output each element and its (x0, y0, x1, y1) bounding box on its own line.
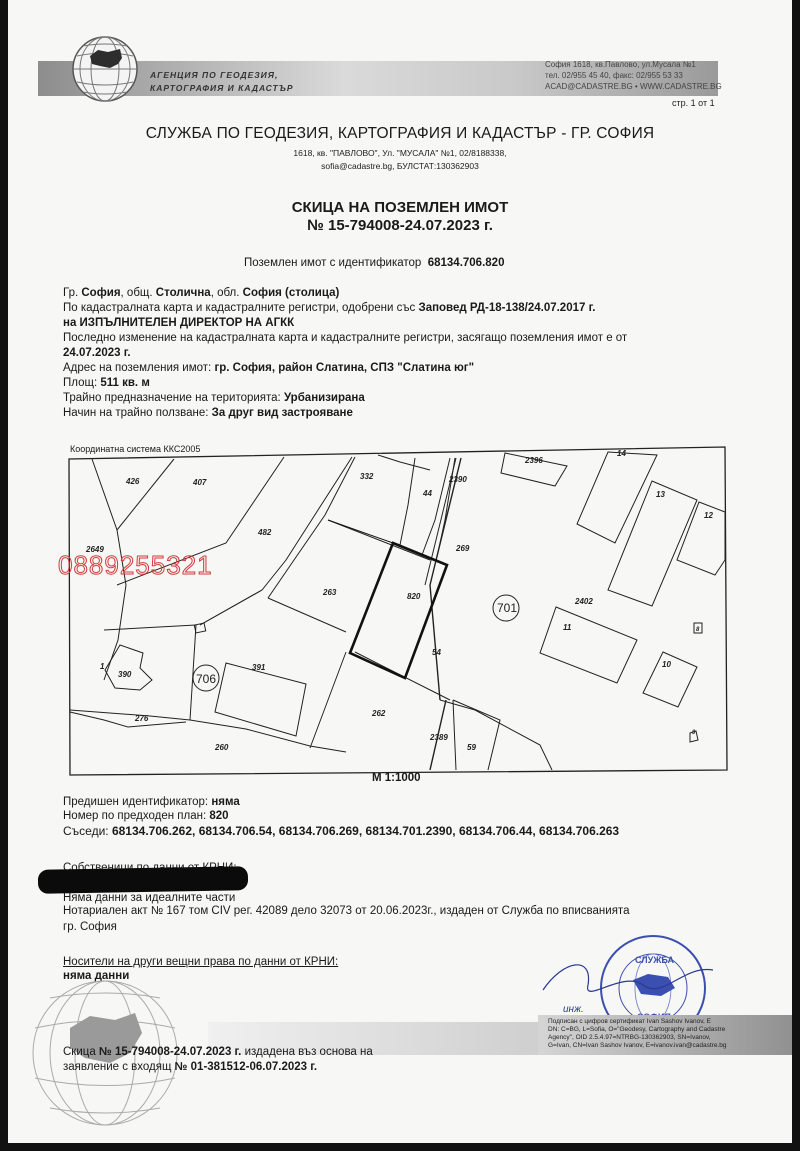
svg-text:2396: 2396 (524, 456, 543, 465)
notary-act: Нотариален акт № 167 том CIV рег. 42089 … (63, 904, 629, 919)
previous-plan-number: Номер по предходен план: 820 (63, 809, 229, 824)
request-line: заявление с входящ № 01-381512-06.07.202… (63, 1060, 317, 1075)
svg-text:263: 263 (322, 588, 337, 597)
signature-line3: Agency", OID 2.5.4.97=NTRBG-130362903, S… (548, 1034, 711, 1042)
previous-identifier: Предишен идентификатор: няма (63, 795, 240, 810)
svg-text:262: 262 (371, 709, 386, 718)
svg-text:44: 44 (422, 489, 432, 498)
svg-text:10: 10 (662, 660, 671, 669)
svg-text:269: 269 (455, 544, 470, 553)
redacted-owner-name (38, 866, 248, 894)
parcel-labels: 426 407 332 44 2390 2396 14 13 12 482 26… (85, 449, 713, 752)
svg-text:54: 54 (432, 648, 441, 657)
svg-text:407: 407 (192, 478, 207, 487)
svg-text:11: 11 (563, 623, 572, 632)
svg-text:332: 332 (360, 472, 374, 481)
svg-text:820: 820 (407, 592, 421, 601)
svg-text:260: 260 (214, 743, 229, 752)
map-scale: М 1:1000 (372, 772, 421, 784)
svg-text:2389: 2389 (429, 733, 448, 742)
svg-text:390: 390 (118, 670, 132, 679)
svg-text:391: 391 (252, 663, 266, 672)
svg-text:12: 12 (704, 511, 713, 520)
svg-text:инж.: инж. (563, 1004, 584, 1015)
svg-text:2402: 2402 (574, 597, 593, 606)
cadastral-map: 426 407 332 44 2390 2396 14 13 12 482 26… (8, 0, 792, 800)
svg-text:701: 701 (497, 601, 517, 615)
sketch-issuance-line: Скица № 15-794008-24.07.2023 г. издадена… (63, 1045, 373, 1060)
signature-line1: Подписан с цифров сертификат Ivan Sashov… (548, 1018, 711, 1026)
svg-text:426: 426 (125, 477, 140, 486)
svg-text:276: 276 (134, 714, 149, 723)
svg-text:14: 14 (617, 449, 626, 458)
svg-text:8: 8 (696, 627, 700, 633)
svg-text:706: 706 (196, 672, 216, 686)
cadastral-sketch-page: АГЕНЦИЯ ПО ГЕОДЕЗИЯ, КАРТОГРАФИЯ И КАДАС… (8, 0, 792, 1143)
svg-text:13: 13 (656, 490, 665, 499)
svg-text:1: 1 (100, 662, 105, 671)
signature-line4: G=Ivan, CN=Ivan Sashov Ivanov, E=ivanov.… (548, 1042, 727, 1050)
svg-text:СЛУЖБА: СЛУЖБА (635, 955, 674, 965)
svg-text:482: 482 (257, 528, 272, 537)
svg-text:2390: 2390 (448, 475, 467, 484)
notary-act-city: гр. София (63, 920, 117, 935)
svg-text:59: 59 (467, 743, 476, 752)
signature-line2: DN: C=BG, L=Sofia, O="Geodesy, Cartograp… (548, 1026, 725, 1034)
phone-watermark: 0889255321 (58, 550, 213, 581)
neighbors: Съседи: 68134.706.262, 68134.706.54, 681… (63, 824, 619, 839)
